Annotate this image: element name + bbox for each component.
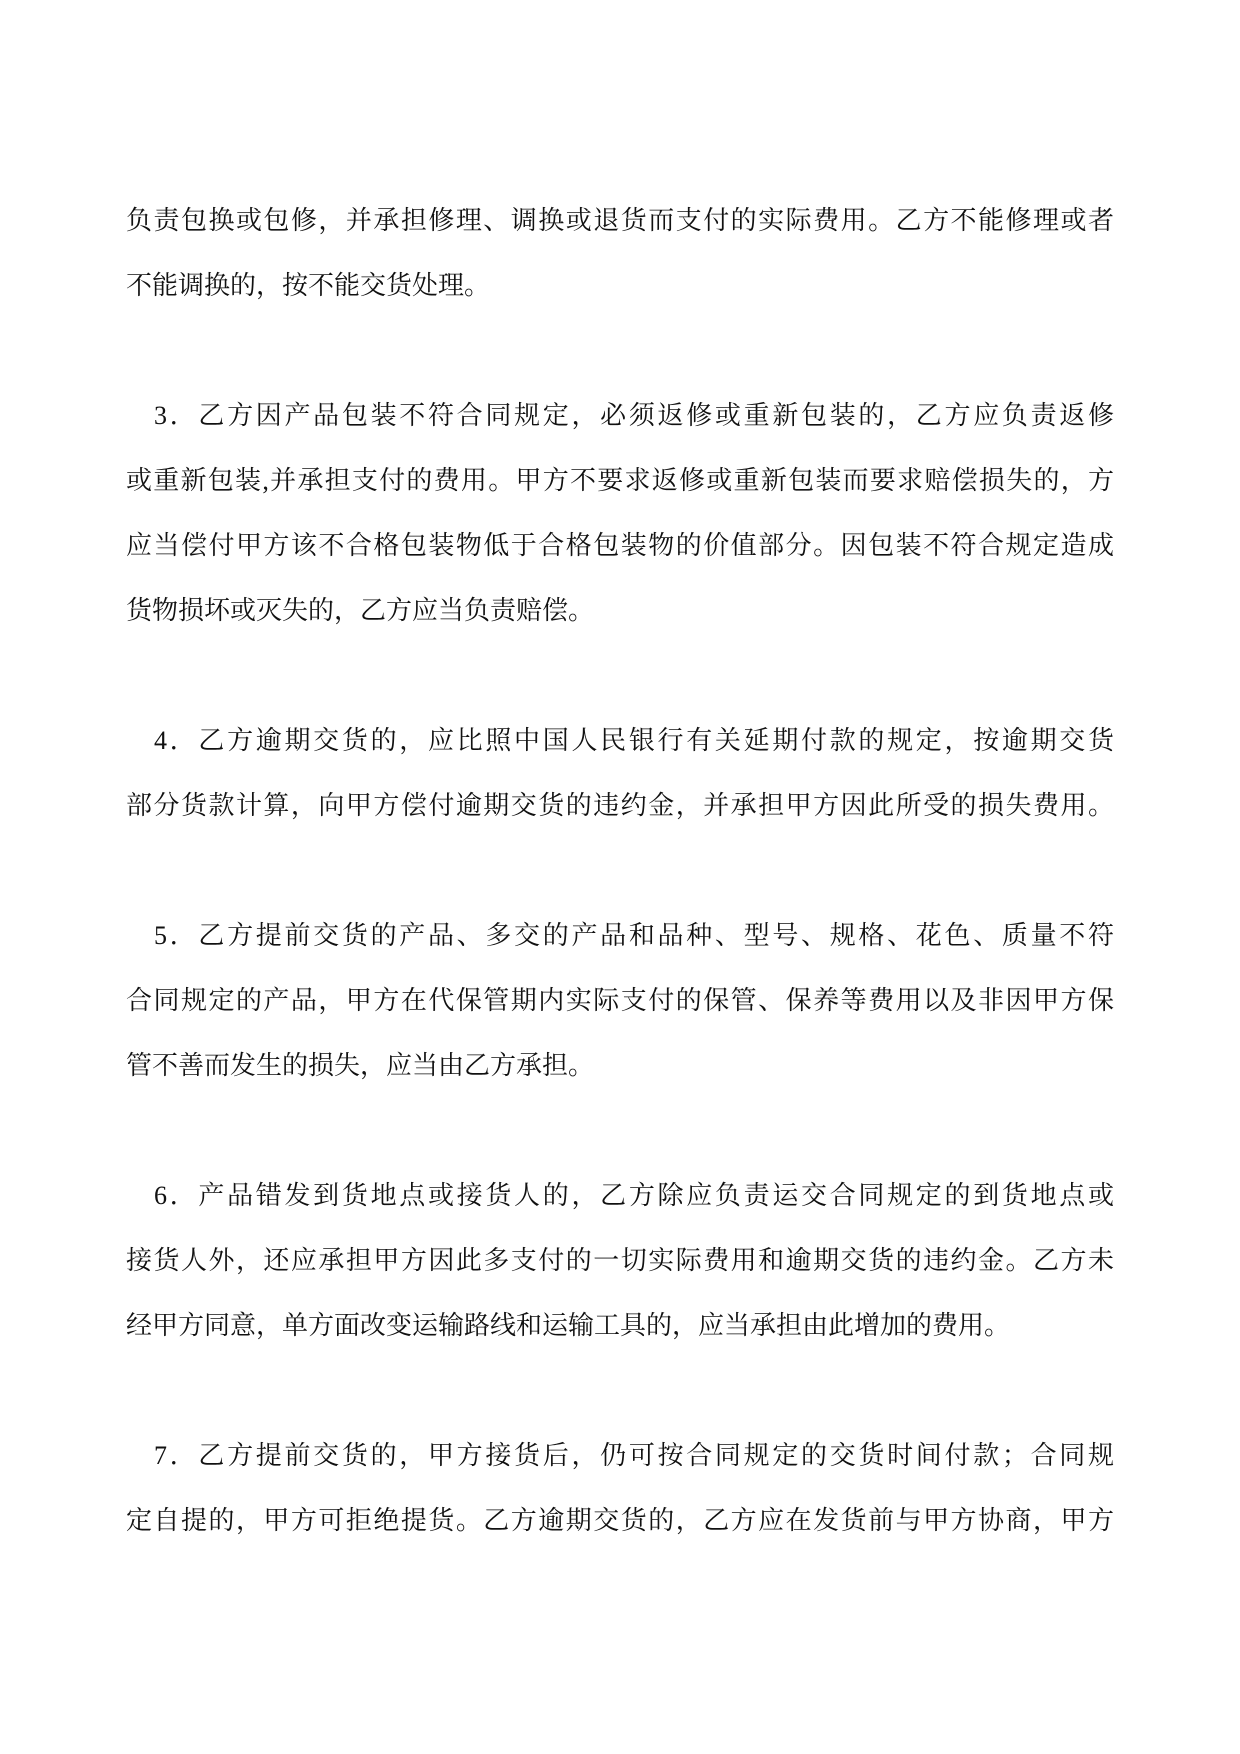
text-line: 经甲方同意，单方面改变运输路线和运输工具的，应当承担由此增加的费用。	[126, 1293, 1114, 1358]
text-line: 接货人外，还应承担甲方因此多支付的一切实际费用和逾期交货的违约金。乙方未	[126, 1228, 1114, 1293]
clause-5-early-or-excess-delivery: 5．乙方提前交货的产品、多交的产品和品种、型号、规格、花色、质量不符合同规定的产…	[126, 903, 1114, 1098]
text-line: 负责包换或包修，并承担修理、调换或退货而支付的实际费用。乙方不能修理或者	[126, 188, 1114, 253]
text-line: 7．乙方提前交货的，甲方接货后，仍可按合同规定的交货时间付款；合同规	[126, 1423, 1114, 1488]
contract-body: 负责包换或包修，并承担修理、调换或退货而支付的实际费用。乙方不能修理或者不能调换…	[126, 188, 1114, 1553]
text-line: 定自提的，甲方可拒绝提货。乙方逾期交货的，乙方应在发货前与甲方协商，甲方	[126, 1488, 1114, 1553]
text-line: 合同规定的产品，甲方在代保管期内实际支付的保管、保养等费用以及非因甲方保	[126, 968, 1114, 1033]
text-line: 4．乙方逾期交货的，应比照中国人民银行有关延期付款的规定，按逾期交货	[126, 708, 1114, 773]
text-line: 应当偿付甲方该不合格包装物低于合格包装物的价值部分。因包装不符合规定造成	[126, 513, 1114, 578]
clause-7-early-delivery-payment: 7．乙方提前交货的，甲方接货后，仍可按合同规定的交货时间付款；合同规定自提的，甲…	[126, 1423, 1114, 1553]
text-line: 货物损坏或灭失的，乙方应当负责赔偿。	[126, 578, 1114, 643]
text-line: 3．乙方因产品包装不符合同规定，必须返修或重新包装的，乙方应负责返修	[126, 383, 1114, 448]
text-line: 部分货款计算，向甲方偿付逾期交货的违约金，并承担甲方因此所受的损失费用。	[126, 773, 1114, 838]
text-line: 或重新包装,并承担支付的费用。甲方不要求返修或重新包装而要求赔偿损失的，方	[126, 448, 1114, 513]
text-line: 5．乙方提前交货的产品、多交的产品和品种、型号、规格、花色、质量不符	[126, 903, 1114, 968]
clause-6-wrong-destination: 6．产品错发到货地点或接货人的，乙方除应负责运交合同规定的到货地点或接货人外，还…	[126, 1163, 1114, 1358]
text-line: 不能调换的，按不能交货处理。	[126, 253, 1114, 318]
text-line: 管不善而发生的损失，应当由乙方承担。	[126, 1033, 1114, 1098]
text-line: 6．产品错发到货地点或接货人的，乙方除应负责运交合同规定的到货地点或	[126, 1163, 1114, 1228]
contract-page: 负责包换或包修，并承担修理、调换或退货而支付的实际费用。乙方不能修理或者不能调换…	[0, 0, 1240, 1754]
clause-2-continuation: 负责包换或包修，并承担修理、调换或退货而支付的实际费用。乙方不能修理或者不能调换…	[126, 188, 1114, 318]
clause-3-packaging-liability: 3．乙方因产品包装不符合同规定，必须返修或重新包装的，乙方应负责返修或重新包装,…	[126, 383, 1114, 643]
clause-4-late-delivery-penalty: 4．乙方逾期交货的，应比照中国人民银行有关延期付款的规定，按逾期交货部分货款计算…	[126, 708, 1114, 838]
